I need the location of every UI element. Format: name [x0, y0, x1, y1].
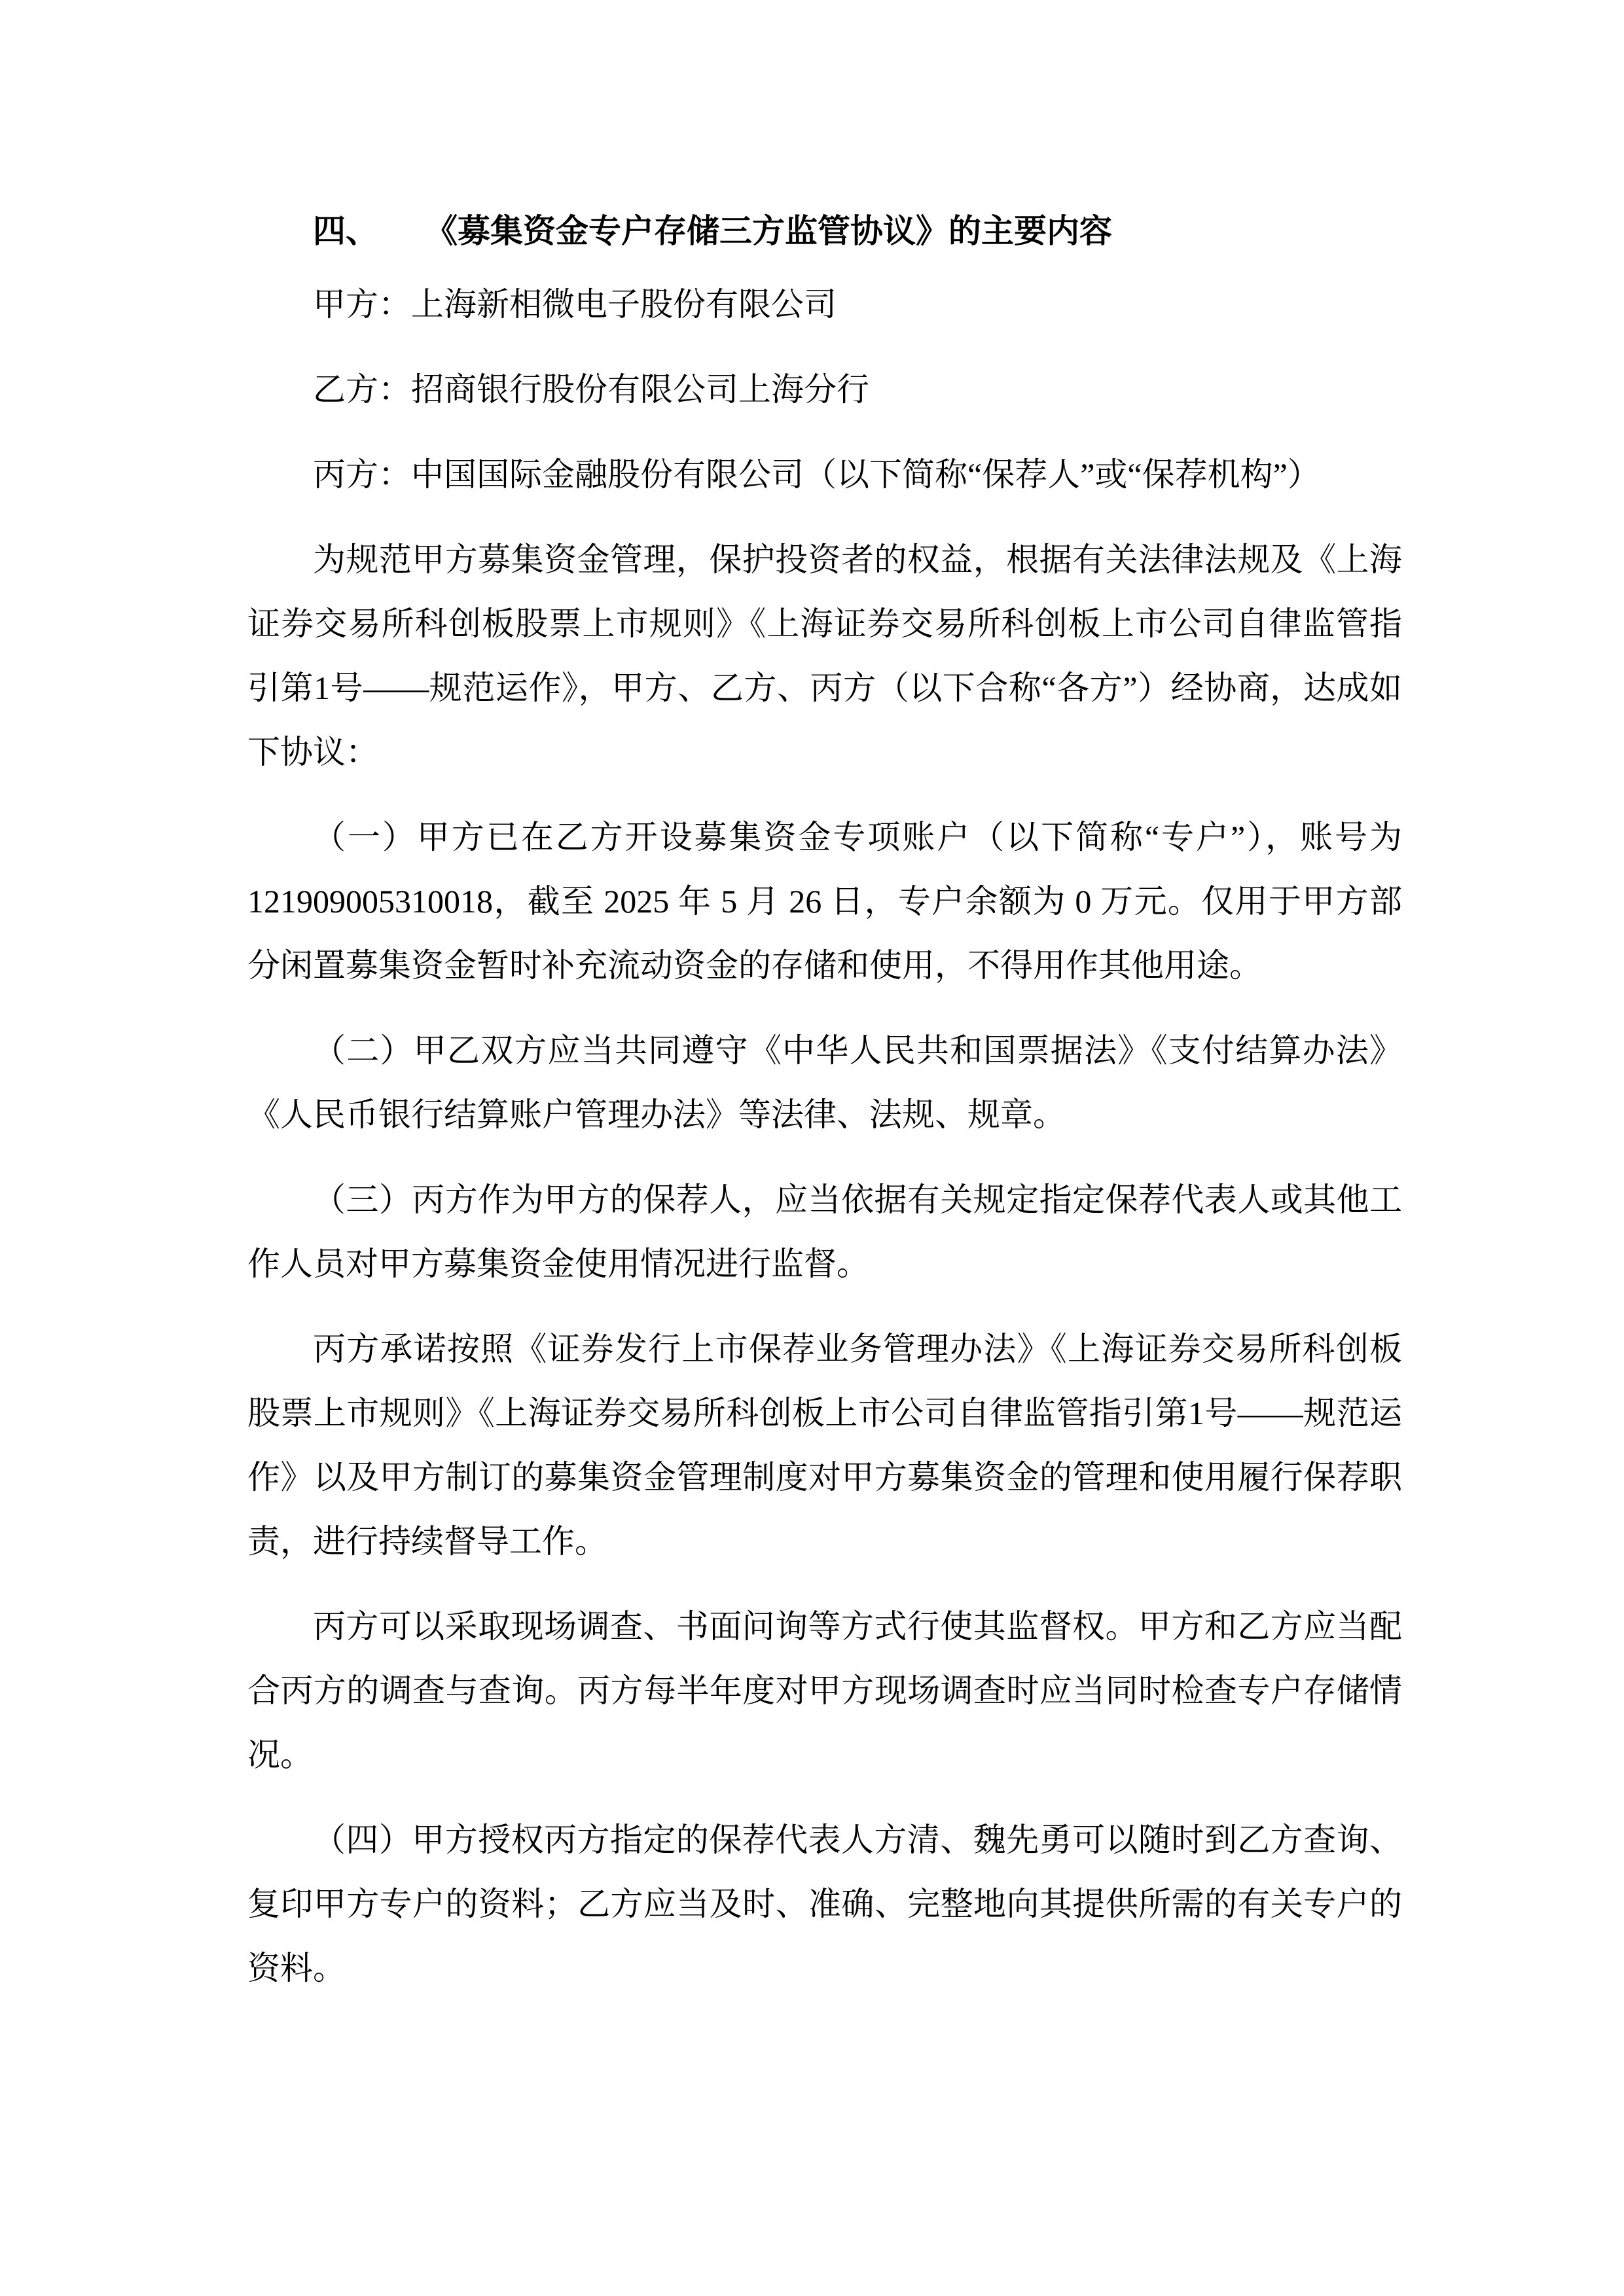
paragraph-clause-3: （三）丙方作为甲方的保荐人，应当依据有关规定指定保荐代表人或其他工作人员对甲方募…	[247, 1168, 1402, 1296]
document-page: 四、《募集资金专户存储三方监管协议》的主要内容 甲方：上海新相微电子股份有限公司…	[0, 0, 1624, 2296]
paragraph-party-b: 乙方：招商银行股份有限公司上海分行	[247, 357, 1402, 422]
section-heading-number: 四、	[313, 213, 378, 249]
paragraph-clause-3-supervision: 丙方可以采取现场调查、书面问询等方式行使其监督权。甲方和乙方应当配合丙方的调查与…	[247, 1594, 1402, 1787]
section-heading-title: 《募集资金专户存储三方监管协议》的主要内容	[441, 213, 1112, 249]
section-heading: 四、《募集资金专户存储三方监管协议》的主要内容	[247, 199, 1402, 263]
paragraph-clause-4: （四）甲方授权丙方指定的保荐代表人方清、魏先勇可以随时到乙方查询、复印甲方专户的…	[247, 1808, 1402, 2000]
paragraph-clause-3-commitment: 丙方承诺按照《证券发行上市保荐业务管理办法》《上海证券交易所科创板股票上市规则》…	[247, 1317, 1402, 1573]
paragraph-party-c: 丙方：中国国际金融股份有限公司（以下简称“保荐人”或“保荐机构”）	[247, 442, 1402, 507]
paragraph-clause-1: （一）甲方已在乙方开设募集资金专项账户（以下简称“专户”），账号为1219090…	[247, 805, 1402, 997]
paragraph-preamble: 为规范甲方募集资金管理，保护投资者的权益，根据有关法律法规及《上海证券交易所科创…	[247, 528, 1402, 784]
paragraph-clause-2: （二）甲乙双方应当共同遵守《中华人民共和国票据法》《支付结算办法》《人民币银行结…	[247, 1018, 1402, 1147]
paragraph-party-a: 甲方：上海新相微电子股份有限公司	[247, 272, 1402, 336]
